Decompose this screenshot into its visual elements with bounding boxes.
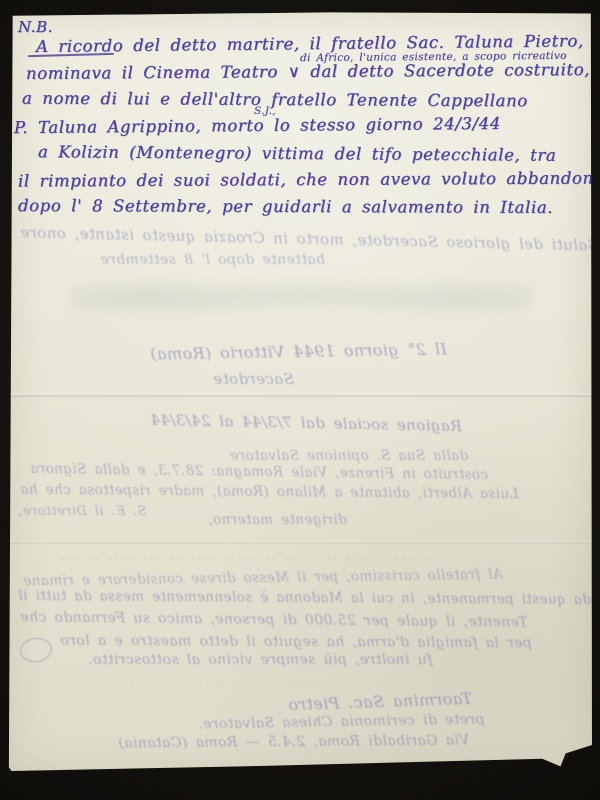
bleedthrough-line: per la famiglia d'arma, ha seguito il de… — [60, 633, 532, 651]
document-photo: N.B. A ricordo del detto martire, il fra… — [0, 0, 600, 800]
typed-bleedthrough-row: ·· ···· · ··· ·· ····· ·· ··· · ···· ·· … — [58, 554, 433, 563]
typed-bleedthrough-row: ··· · ···· ·· ··· · ···· ··· — [128, 678, 319, 687]
bleedthrough-line: costruito in Firenze, Viale Romagna: 28.… — [30, 461, 488, 483]
ghost-circled-mark — [18, 636, 53, 664]
bleedthrough-line: Al fratello carissimo, per il Messo dire… — [23, 567, 503, 590]
manuscript-page: N.B. A ricordo del detto martire, il fra… — [8, 12, 592, 774]
letterhead-ghost-print — [70, 274, 532, 322]
bleedthrough-line: Tenente, il quale per 25.000 di persone,… — [20, 609, 528, 630]
bleedthrough-line: Via Garibaldi Roma, 2.4.5 — Roma (Catani… — [118, 732, 469, 751]
bleedthrough-line: da questi permanente, in cui la Madonna … — [18, 588, 591, 608]
bleedthrough-line: dalla Sua S. opinione Salvatore — [230, 448, 468, 464]
handwritten-line-6: il rimpianto dei suoi soldati, che non a… — [18, 168, 600, 190]
bleedthrough-line: Saluti del glorioso Sacerdote, morto in … — [20, 223, 598, 254]
note-marker: N.B. — [18, 18, 53, 36]
bleedthrough-line: fu inoltre, più sempre vicino al sottosc… — [88, 652, 432, 668]
bleedthrough-line: Il 2° giorno 1944 Vittorio (Roma) — [150, 339, 447, 363]
fold-crease-soft — [8, 540, 592, 544]
bleedthrough-line: S. E. il Direttore, — [18, 504, 146, 519]
bleedthrough-signature: Taormina Sac. Pietro — [288, 689, 473, 714]
bleedthrough-line: Ragione sociale dal 7/3/44 al 24/3/44 — [150, 411, 462, 436]
handwritten-line-2: nominava il Cinema Teatro ∨ dal detto Sa… — [26, 60, 590, 83]
handwritten-line-7: dopo l' 8 Settembre, per guidarli a salv… — [18, 196, 553, 217]
handwritten-line-5: a Kolizin (Montenegro) vittima del tifo … — [38, 142, 557, 165]
bleedthrough-line: dirigente materno, — [208, 512, 347, 528]
bleedthrough-line: battente dopo l' 8 settembre — [100, 252, 325, 268]
fold-crease — [8, 393, 592, 397]
bleedthrough-line: prete di cerimonia Chiesa Salvatore. — [198, 712, 485, 733]
bleedthrough-line: Sacerdote — [213, 370, 294, 388]
handwritten-line-4: P. Taluna Agrippino, morto lo stesso gio… — [14, 114, 501, 137]
bleedthrough-line: Luisa Alberti, abitante a Milano (Roma),… — [20, 482, 519, 502]
